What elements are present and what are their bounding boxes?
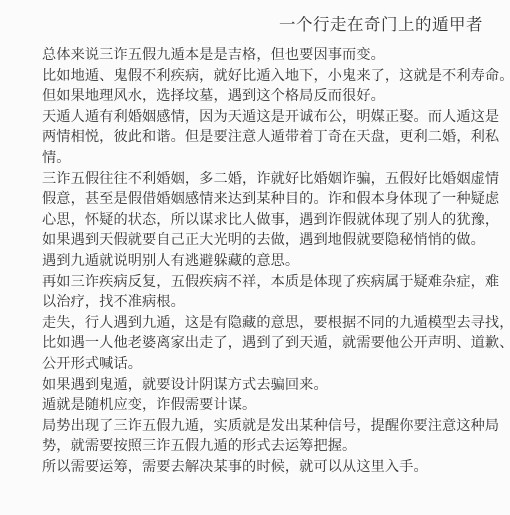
text-line: 如果遇到天假就要自己正大光明的去做，遇到地假就要隐秘悄悄的做。	[42, 230, 487, 251]
text-line: 总体来说三诈五假九遁本是是吉格，但也要因事而变。	[42, 45, 487, 66]
text-line: 两情相悦，彼此和谐。但是要注意人遁带着丁奇在天盘，更利二婚，利私	[42, 127, 487, 148]
text-line: 公开形式喊话。	[42, 354, 487, 375]
text-line: 遁就是随机应变，诈假需要计谋。	[42, 395, 487, 416]
text-line: 再如三诈疾病反复，五假疾病不祥，本质是体现了疾病属于疑难杂症，难	[42, 272, 487, 293]
document-page: 一个行走在奇门上的遁甲者 总体来说三诈五假九遁本是是吉格，但也要因事而变。 比如…	[0, 0, 510, 515]
text-line: 天遁人遁有利婚姻感情，因为天遁这是开诚布公，明媒正娶。而人遁这是	[42, 107, 487, 128]
text-line: 心思，怀疑的状态，所以谋求比人做事，遇到诈假就体现了别人的犹豫，	[42, 210, 487, 231]
text-line: 如果遇到鬼遁，就要设计阴谋方式去骗回来。	[42, 375, 487, 396]
text-line: 三诈五假往往不利婚姻，多二婚，诈就好比婚姻诈骗，五假好比婚姻虚情	[42, 169, 487, 190]
document-body: 总体来说三诈五假九遁本是是吉格，但也要因事而变。 比如地遁、鬼假不利疾病，就好比…	[42, 45, 487, 477]
text-line: 遇到九遁就说明别人有逃避躲藏的意思。	[42, 251, 487, 272]
text-line: 以治疗，找不准病根。	[42, 292, 487, 313]
text-line: 走失，行人遇到九遁，这是有隐藏的意思，要根据不同的九遁模型去寻找，	[42, 313, 487, 334]
text-line: 所以需要运筹，需要去解决某事的时候，就可以从这里入手。	[42, 457, 487, 478]
text-line: 势，就需要按照三诈五假九遁的形式去运筹把握。	[42, 436, 487, 457]
text-line: 局势出现了三诈五假九遁，实质就是发出某种信号，提醒你要注意这种局	[42, 416, 487, 437]
text-line: 情。	[42, 148, 487, 169]
text-line: 比如遇一人他老婆离家出走了，遇到了到天遁，就需要他公开声明、道歉、	[42, 333, 487, 354]
page-title: 一个行走在奇门上的遁甲者	[0, 14, 483, 36]
text-line: 比如地遁、鬼假不利疾病，就好比遁入地下，小鬼来了，这就是不利寿命。	[42, 66, 487, 87]
text-line: 但如果地理风水，选择坟墓，遇到这个格局反而很好。	[42, 86, 487, 107]
text-line: 假意，甚至是假借婚姻感情来达到某种目的。诈和假本身体现了一种疑虑	[42, 189, 487, 210]
